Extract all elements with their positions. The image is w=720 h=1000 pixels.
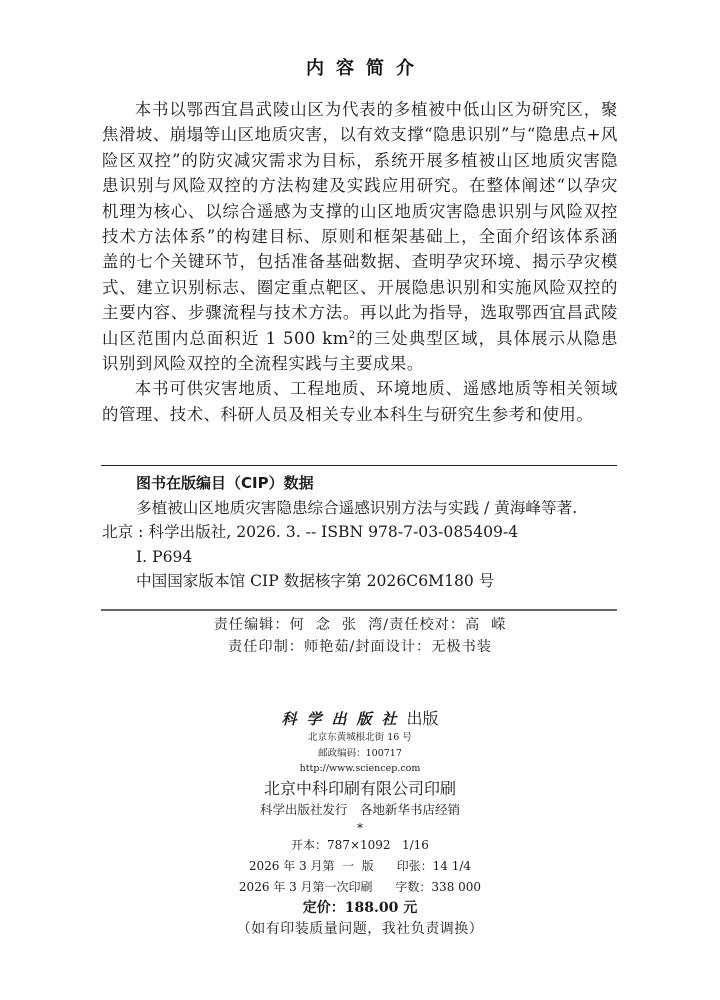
cip-classification-line: I. P694 <box>102 545 618 570</box>
summary-paragraph-2: 本书可供灾害地质、工程地质、环境地质、遥感地质等相关领域的管理、技术、科研人员及… <box>102 376 618 427</box>
colophon: 科学出版社出版 北京东黄城根北街 16 号 邮政编码：100717 http:/… <box>0 708 720 940</box>
cip-heading: 图书在版编目（CIP）数据 <box>102 471 618 496</box>
replacement-note: （如有印装质量问题，我社负责调换） <box>0 918 720 940</box>
printing-design-line: 责任印制：师艳茹/封面设计：无极书装 <box>0 636 720 658</box>
price-line: 定价：188.00 元 <box>0 898 720 918</box>
copyright-page: 内容简介 本书以鄂西宜昌武陵山区为代表的多植被中低山区为研究区，聚焦滑坡、崩塌等… <box>0 0 720 1000</box>
printer-line: 北京中科印刷有限公司印刷 <box>0 778 720 800</box>
distribution-line: 科学出版社发行 各地新华书店经销 <box>0 800 720 819</box>
publisher-postcode: 邮政编码：100717 <box>0 746 720 762</box>
cip-data-block: 图书在版编目（CIP）数据 多植被山区地质灾害隐患综合遥感识别方法与实践 / 黄… <box>102 471 618 594</box>
summary-paragraph-1-text: 本书以鄂西宜昌武陵山区为代表的多植被中低山区为研究区，聚焦滑坡、崩塌等山区地质灾… <box>102 100 618 348</box>
publisher-address: 北京东黄城根北街 16 号 <box>0 730 720 746</box>
publisher-line: 科学出版社出版 <box>0 708 720 730</box>
page-title: 内容简介 <box>0 54 720 80</box>
editorial-credits: 责任编辑：何 念 张 湾/责任校对：高 嵘 责任印制：师艳茹/封面设计：无极书装 <box>0 614 720 658</box>
area-superscript: 2 <box>349 330 356 341</box>
cip-top-rule <box>101 465 617 466</box>
edition-line: 2026 年 3 月第 一 版 印张：14 1/4 <box>0 856 720 877</box>
editor-proofreader-line: 责任编辑：何 念 张 湾/责任校对：高 嵘 <box>0 614 720 636</box>
format-line: 开本：787×1092 1/16 <box>0 835 720 856</box>
printing-line: 2026 年 3 月第一次印刷 字数：338 000 <box>0 877 720 898</box>
book-summary: 本书以鄂西宜昌武陵山区为代表的多植被中低山区为研究区，聚焦滑坡、崩塌等山区地质灾… <box>102 97 618 427</box>
cip-title-line: 多植被山区地质灾害隐患综合遥感识别方法与实践 / 黄海峰等著. <box>102 496 618 521</box>
cip-publisher-isbn-line: 北京 : 科学出版社, 2026. 3. -- ISBN 978-7-03-08… <box>102 520 618 545</box>
summary-paragraph-1: 本书以鄂西宜昌武陵山区为代表的多植被中低山区为研究区，聚焦滑坡、崩塌等山区地质灾… <box>102 97 618 376</box>
separator-star: * <box>0 821 720 835</box>
publisher-website: http://www.sciencep.com <box>0 761 720 777</box>
cip-bottom-rule <box>101 609 617 611</box>
cip-record-number-line: 中国国家版本馆 CIP 数据核字第 2026C6M180 号 <box>102 569 618 594</box>
publisher-logo: 科学出版社 <box>281 710 406 728</box>
publisher-suffix: 出版 <box>407 709 439 728</box>
